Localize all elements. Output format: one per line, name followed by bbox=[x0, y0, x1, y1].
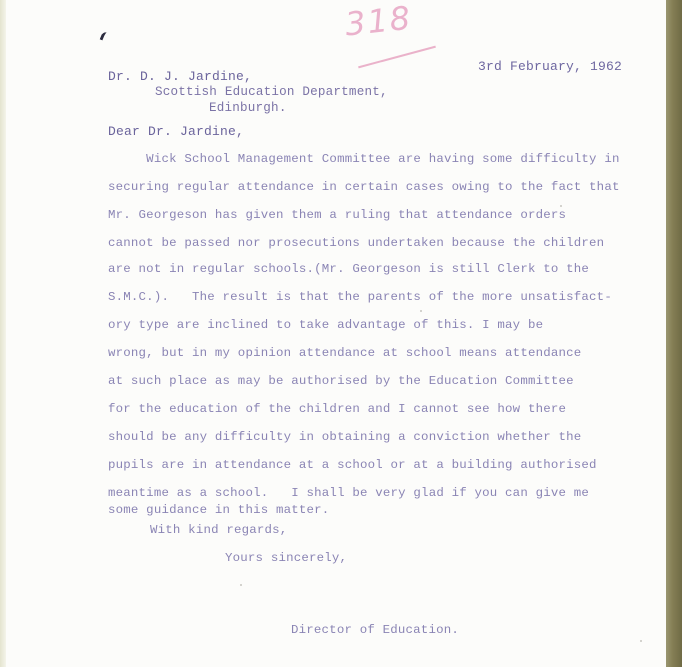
paper-speck bbox=[240, 584, 242, 586]
body-line: at such place as may be authorised by th… bbox=[108, 374, 574, 388]
paper-speck bbox=[560, 205, 562, 207]
recipient-name: Dr. D. J. Jardine, bbox=[108, 69, 252, 84]
body-line: Mr. Georgeson has given them a ruling th… bbox=[108, 208, 566, 222]
body-line: securing regular attendance in certain c… bbox=[108, 180, 620, 194]
salutation: Dear Dr. Jardine, bbox=[108, 124, 244, 139]
body-line: ory type are inclined to take advantage … bbox=[108, 318, 543, 332]
body-line: should be any difficulty in obtaining a … bbox=[108, 430, 581, 444]
recipient-city: Edinburgh. bbox=[209, 101, 287, 115]
signatory-title: Director of Education. bbox=[291, 623, 459, 637]
reference-underline bbox=[358, 46, 436, 69]
closing-regards: With kind regards, bbox=[150, 523, 287, 537]
body-line: for the education of the children and I … bbox=[108, 402, 566, 416]
body-line: Wick School Management Committee are hav… bbox=[108, 152, 620, 166]
body-line: are not in regular schools.(Mr. Georgeso… bbox=[108, 262, 589, 276]
body-line: some guidance in this matter. bbox=[108, 503, 329, 517]
paper-speck bbox=[420, 310, 422, 312]
reference-number-annotation: 318 bbox=[343, 0, 414, 43]
letter-page: 318 3rd February, 1962 Dr. D. J. Jardine… bbox=[0, 0, 666, 667]
pen-mark bbox=[100, 31, 110, 42]
letter-date: 3rd February, 1962 bbox=[478, 59, 622, 74]
binding-edge bbox=[666, 0, 682, 667]
body-line: cannot be passed nor prosecutions undert… bbox=[108, 236, 604, 250]
body-line: meantime as a school. I shall be very gl… bbox=[108, 486, 589, 500]
recipient-department: Scottish Education Department, bbox=[155, 85, 388, 99]
body-line: wrong, but in my opinion attendance at s… bbox=[108, 346, 581, 360]
body-line: S.M.C.). The result is that the parents … bbox=[108, 290, 612, 304]
sign-off: Yours sincerely, bbox=[225, 551, 347, 565]
body-line: pupils are in attendance at a school or … bbox=[108, 458, 597, 472]
paper-left-edge bbox=[0, 0, 6, 667]
paper-speck bbox=[640, 640, 642, 642]
